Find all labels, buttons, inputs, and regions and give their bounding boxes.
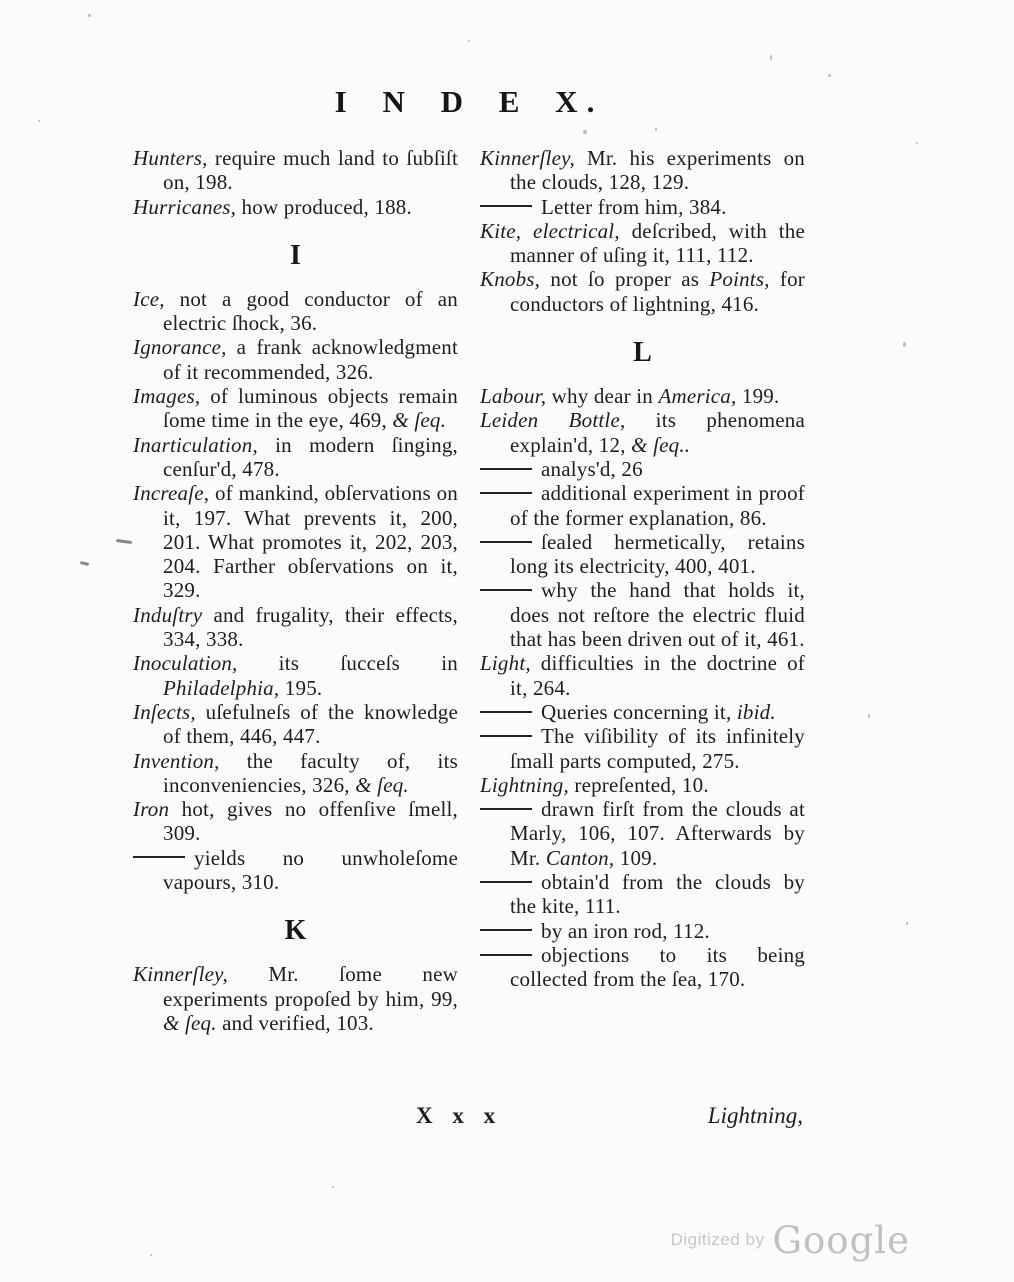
index-column-right: Kinnerſley, Mr. his experiments on the c…	[480, 146, 805, 1098]
entry-term: Images,	[133, 384, 200, 408]
index-entry: Knobs, not ſo proper as Points, for cond…	[480, 267, 805, 316]
entry-text: Queries concerning it,	[541, 700, 737, 724]
entry-term: Increaſe,	[133, 481, 209, 505]
entry-text: The viſibility of its infinitely ſmall p…	[510, 724, 805, 772]
entry-term: Iron	[133, 797, 169, 821]
entry-term: Inarticulation,	[133, 433, 258, 457]
entry-term: Ignorance,	[133, 335, 227, 359]
index-entry: Increaſe, of mankind, obſervations on it…	[133, 481, 458, 602]
entry-text: its ſucceſs in	[237, 651, 458, 675]
index-columns: Hunters, require much land to ſubſiſt on…	[133, 146, 805, 1098]
index-entry: Light, difficulties in the doctrine of i…	[480, 651, 805, 700]
index-entry: analys'd, 26	[480, 457, 805, 481]
page-speck	[868, 714, 870, 718]
index-entry: ſealed hermetically, retains long its el…	[480, 530, 805, 579]
entry-term: Canton,	[546, 846, 615, 870]
entry-text: difficulties in the doctrine of it, 264.	[510, 651, 805, 699]
index-entry: Hurricanes, how produced, 188.	[133, 195, 458, 219]
index-entry: Iron hot, gives no offenſive ſmell, 309.	[133, 797, 458, 846]
entry-text: hot, gives no offenſive ſmell, 309.	[163, 797, 458, 845]
digitization-watermark: Digitized byGoogle	[671, 1219, 910, 1262]
index-entry: obtain'd from the clouds by the kite, 11…	[480, 870, 805, 919]
entry-term: & ſeq.	[163, 1011, 217, 1035]
watermark-label: Digitized by	[671, 1230, 765, 1249]
dash-rule	[480, 541, 532, 543]
page-speck	[332, 1186, 334, 1188]
page-speck	[583, 130, 587, 134]
entry-text: ſealed hermetically, retains long its el…	[510, 530, 805, 578]
index-entry: Induſtry and frugality, their effects, 3…	[133, 603, 458, 652]
page-speck	[828, 74, 831, 77]
index-entry: objections to its being collected from t…	[480, 943, 805, 992]
index-column-left: Hunters, require much land to ſubſiſt on…	[133, 146, 458, 1098]
section-letter: L	[480, 337, 805, 369]
signature-mark: X x x	[416, 1103, 502, 1129]
index-entry: Kinnerſley, Mr. his experiments on the c…	[480, 146, 805, 195]
index-entry: why the hand that holds it, does not reſ…	[480, 578, 805, 651]
page-speck	[38, 120, 40, 122]
entry-term: Points,	[709, 267, 769, 291]
page-speck	[88, 14, 91, 17]
entry-term: America,	[658, 384, 736, 408]
index-entry: Kinnerſley, Mr. ſome new experiments pro…	[133, 962, 458, 1035]
entry-term: Inſects,	[133, 700, 196, 724]
dash-rule	[480, 881, 532, 883]
entry-text: objections to its being collected from t…	[510, 943, 805, 991]
entry-text: and frugality, their effects, 334, 338.	[163, 603, 458, 651]
entry-text: require much land to ſubſiſt on, 198.	[163, 146, 458, 194]
dash-rule	[480, 205, 532, 207]
index-entry: Lightning, repreſented, 10.	[480, 773, 805, 797]
entry-text: why the hand that holds it, does not reſ…	[510, 578, 805, 651]
margin-mark	[116, 539, 132, 544]
entry-term: Kinnerſley,	[133, 962, 228, 986]
book-page-scan: I N D E X. Hunters, require much land to…	[0, 0, 1014, 1282]
index-entry: Labour, why dear in America, 199.	[480, 384, 805, 408]
entry-text: by an iron rod, 112.	[541, 919, 710, 943]
index-entry: Letter from him, 384.	[480, 195, 805, 219]
index-entry: Ice, not a good conductor of an electric…	[133, 287, 458, 336]
catchword: Lightning,	[708, 1103, 803, 1129]
section-letter: K	[133, 915, 458, 947]
index-entry: Inoculation, its ſucceſs in Philadelphia…	[133, 651, 458, 700]
entry-term: Hurricanes,	[133, 195, 236, 219]
entry-text: why dear in	[546, 384, 658, 408]
entry-text: repreſented, 10.	[569, 773, 709, 797]
page-speck	[916, 142, 918, 144]
dash-rule	[480, 808, 532, 810]
index-entry: Hunters, require much land to ſubſiſt on…	[133, 146, 458, 195]
index-entry: yields no unwholeſome vapours, 310.	[133, 846, 458, 895]
entry-text: 109.	[614, 846, 657, 870]
entry-term: Labour,	[480, 384, 546, 408]
google-logo: Google	[772, 1219, 910, 1262]
page-speck	[655, 128, 657, 131]
dash-rule	[480, 929, 532, 931]
entry-term: Ice,	[133, 287, 165, 311]
entry-term: Leiden Bottle,	[480, 408, 625, 432]
dash-rule	[133, 856, 185, 858]
page-speck	[906, 922, 908, 925]
page-speck	[468, 40, 470, 42]
page-speck	[150, 1254, 152, 1256]
index-entry: Leiden Bottle, its phenomena explain'd, …	[480, 408, 805, 457]
entry-term: Invention,	[133, 749, 220, 773]
entry-text: uſefulneſs of the knowledge of them, 446…	[163, 700, 458, 748]
entry-text: obtain'd from the clouds by the kite, 11…	[510, 870, 805, 918]
entry-term: & ſeq..	[631, 433, 690, 457]
entry-text: not ſo proper as	[540, 267, 709, 291]
entry-term: Hunters,	[133, 146, 208, 170]
entry-text: not a good conductor of an electric ſhoc…	[163, 287, 458, 335]
entry-text: analys'd, 26	[541, 457, 643, 481]
entry-term: Knobs,	[480, 267, 540, 291]
entry-term: & ſeq.	[355, 773, 409, 797]
page-speck	[903, 342, 906, 347]
entry-text: yields no unwholeſome vapours, 310.	[163, 846, 458, 894]
section-letter: I	[133, 240, 458, 272]
dash-rule	[480, 711, 532, 713]
dash-rule	[480, 954, 532, 956]
entry-term: Induſtry	[133, 603, 202, 627]
entry-text: additional experiment in proof of the fo…	[510, 481, 805, 529]
text-block: I N D E X. Hunters, require much land to…	[133, 84, 805, 1098]
entry-term: Kite, electrical,	[480, 219, 620, 243]
page-title: I N D E X.	[133, 84, 805, 120]
entry-term: Lightning,	[480, 773, 569, 797]
index-entry: Invention, the faculty of, its inconveni…	[133, 749, 458, 798]
entry-text: how produced, 188.	[236, 195, 412, 219]
margin-mark	[80, 561, 89, 566]
page-footer: X x x Lightning,	[133, 1103, 805, 1135]
entry-term: Inoculation,	[133, 651, 237, 675]
entry-text: and verified, 103.	[217, 1011, 374, 1035]
dash-rule	[480, 492, 532, 494]
index-entry: The viſibility of its infinitely ſmall p…	[480, 724, 805, 773]
entry-text: 195.	[279, 676, 322, 700]
index-entry: by an iron rod, 112.	[480, 919, 805, 943]
entry-term: & ſeq.	[392, 408, 446, 432]
dash-rule	[480, 735, 532, 737]
index-entry: Kite, electrical, deſcribed, with the ma…	[480, 219, 805, 268]
entry-term: Kinnerſley,	[480, 146, 575, 170]
index-entry: Ignorance, a frank acknowledgment of it …	[133, 335, 458, 384]
dash-rule	[480, 468, 532, 470]
dash-rule	[480, 589, 532, 591]
index-entry: additional experiment in proof of the fo…	[480, 481, 805, 530]
index-entry: Queries concerning it, ibid.	[480, 700, 805, 724]
index-entry: Inſects, uſefulneſs of the knowledge of …	[133, 700, 458, 749]
index-entry: Images, of luminous objects remain ſome …	[133, 384, 458, 433]
entry-term: Light,	[480, 651, 531, 675]
entry-term: ibid.	[737, 700, 776, 724]
index-entry: drawn firſt from the clouds at Marly, 10…	[480, 797, 805, 870]
entry-term: Philadelphia,	[163, 676, 279, 700]
entry-text: 199.	[736, 384, 779, 408]
index-entry: Inarticulation, in modern ſinging, cenſu…	[133, 433, 458, 482]
page-speck	[770, 55, 772, 60]
entry-text: Letter from him, 384.	[541, 195, 727, 219]
